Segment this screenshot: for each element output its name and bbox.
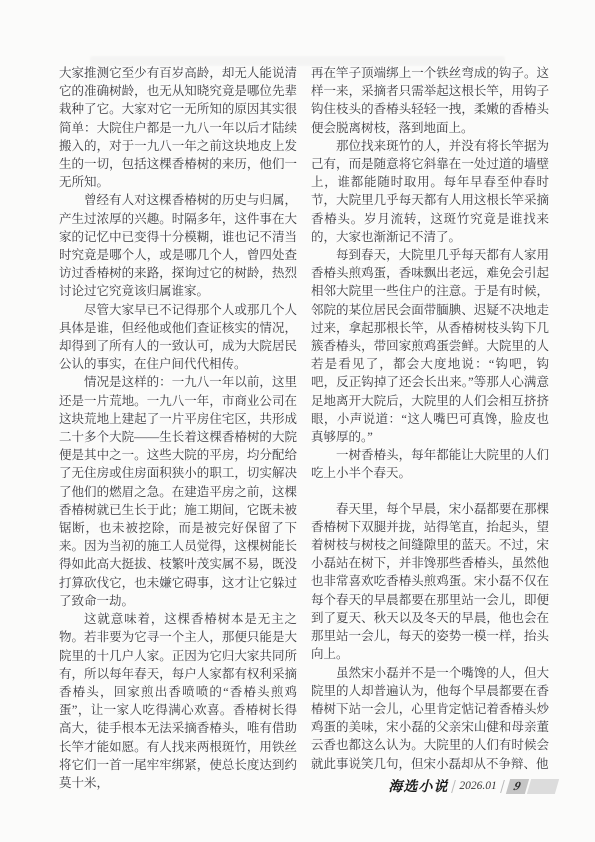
paragraph: 春天里，每个早晨，宋小磊都要在那棵香椿树下双腿并拢，站得笔直，抬起头，望着树枝与…: [311, 500, 549, 664]
paragraph: 那位找来斑竹的人，并没有将长竿据为己有，而是随意将它斜靠在一处过道的墙壁上，谁都…: [311, 137, 549, 246]
paragraph: 尽管大家早已不记得那个人或那几个人具体是谁，但经他或他们查证核实的情况，却得到了…: [59, 301, 297, 374]
paragraph: 情况是这样的：一九八一年以前，这里还是一片荒地。一九八一年，市商业公司在这块荒地…: [59, 373, 297, 610]
footer-divider-icon: [500, 780, 505, 793]
paragraph: 曾经有人对这棵香椿树的历史与归属，产生过浓厚的兴趣。时隔多年，这件事在大家的记忆…: [59, 191, 297, 300]
footer-divider-icon: [452, 780, 457, 793]
paragraph: 这就意味着，这棵香椿树本是无主之物。若非要为它寻一个主人，那便只能是大院里的十几…: [59, 610, 297, 792]
issue-label: 2026.01: [459, 780, 496, 792]
paragraph: 再在竿子顶端绑上一个铁丝弯成的钩子。这样一来，采摘者只需举起这根长竿，用钩子钩住…: [311, 64, 549, 137]
paragraph: 大家推测它至少有百岁高龄，却无人能说清它的准确树龄，也无从知晓究竟是哪位先辈栽种…: [59, 64, 297, 191]
text-column-right: 再在竿子顶端绑上一个铁丝弯成的钩子。这样一来，采摘者只需举起这根长竿，用钩子钩住…: [311, 64, 549, 792]
magazine-title: 海选小说: [388, 776, 448, 796]
paragraph: 每到春天，大院里几乎每天都有人家用香椿头煎鸡蛋，香味飘出老远，难免会引起相邻大院…: [311, 246, 549, 446]
page-number: 9: [506, 779, 530, 794]
paragraph: 一树香椿头，每年都能让大院里的人们吃上小半个春天。: [311, 446, 549, 482]
page-footer: 海选小说 2026.01 9: [388, 777, 557, 795]
footer-accent-bar: [527, 779, 559, 794]
magazine-page: 大家推测它至少有百岁高龄，却无人能说清它的准确树龄，也无从知晓究竟是哪位先辈栽种…: [0, 0, 595, 842]
paragraph: 虽然宋小磊并不是一个嘴馋的人，但大院里的人却普遍认为，他每个早晨都要在香椿树下站…: [311, 664, 549, 773]
text-column-left: 大家推测它至少有百岁高龄，却无人能说清它的准确树龄，也无从知晓究竟是哪位先辈栽种…: [59, 64, 297, 792]
article-body: 大家推测它至少有百岁高龄，却无人能说清它的准确树龄，也无从知晓究竟是哪位先辈栽种…: [59, 64, 549, 792]
page-number-badge: 9: [508, 779, 557, 794]
